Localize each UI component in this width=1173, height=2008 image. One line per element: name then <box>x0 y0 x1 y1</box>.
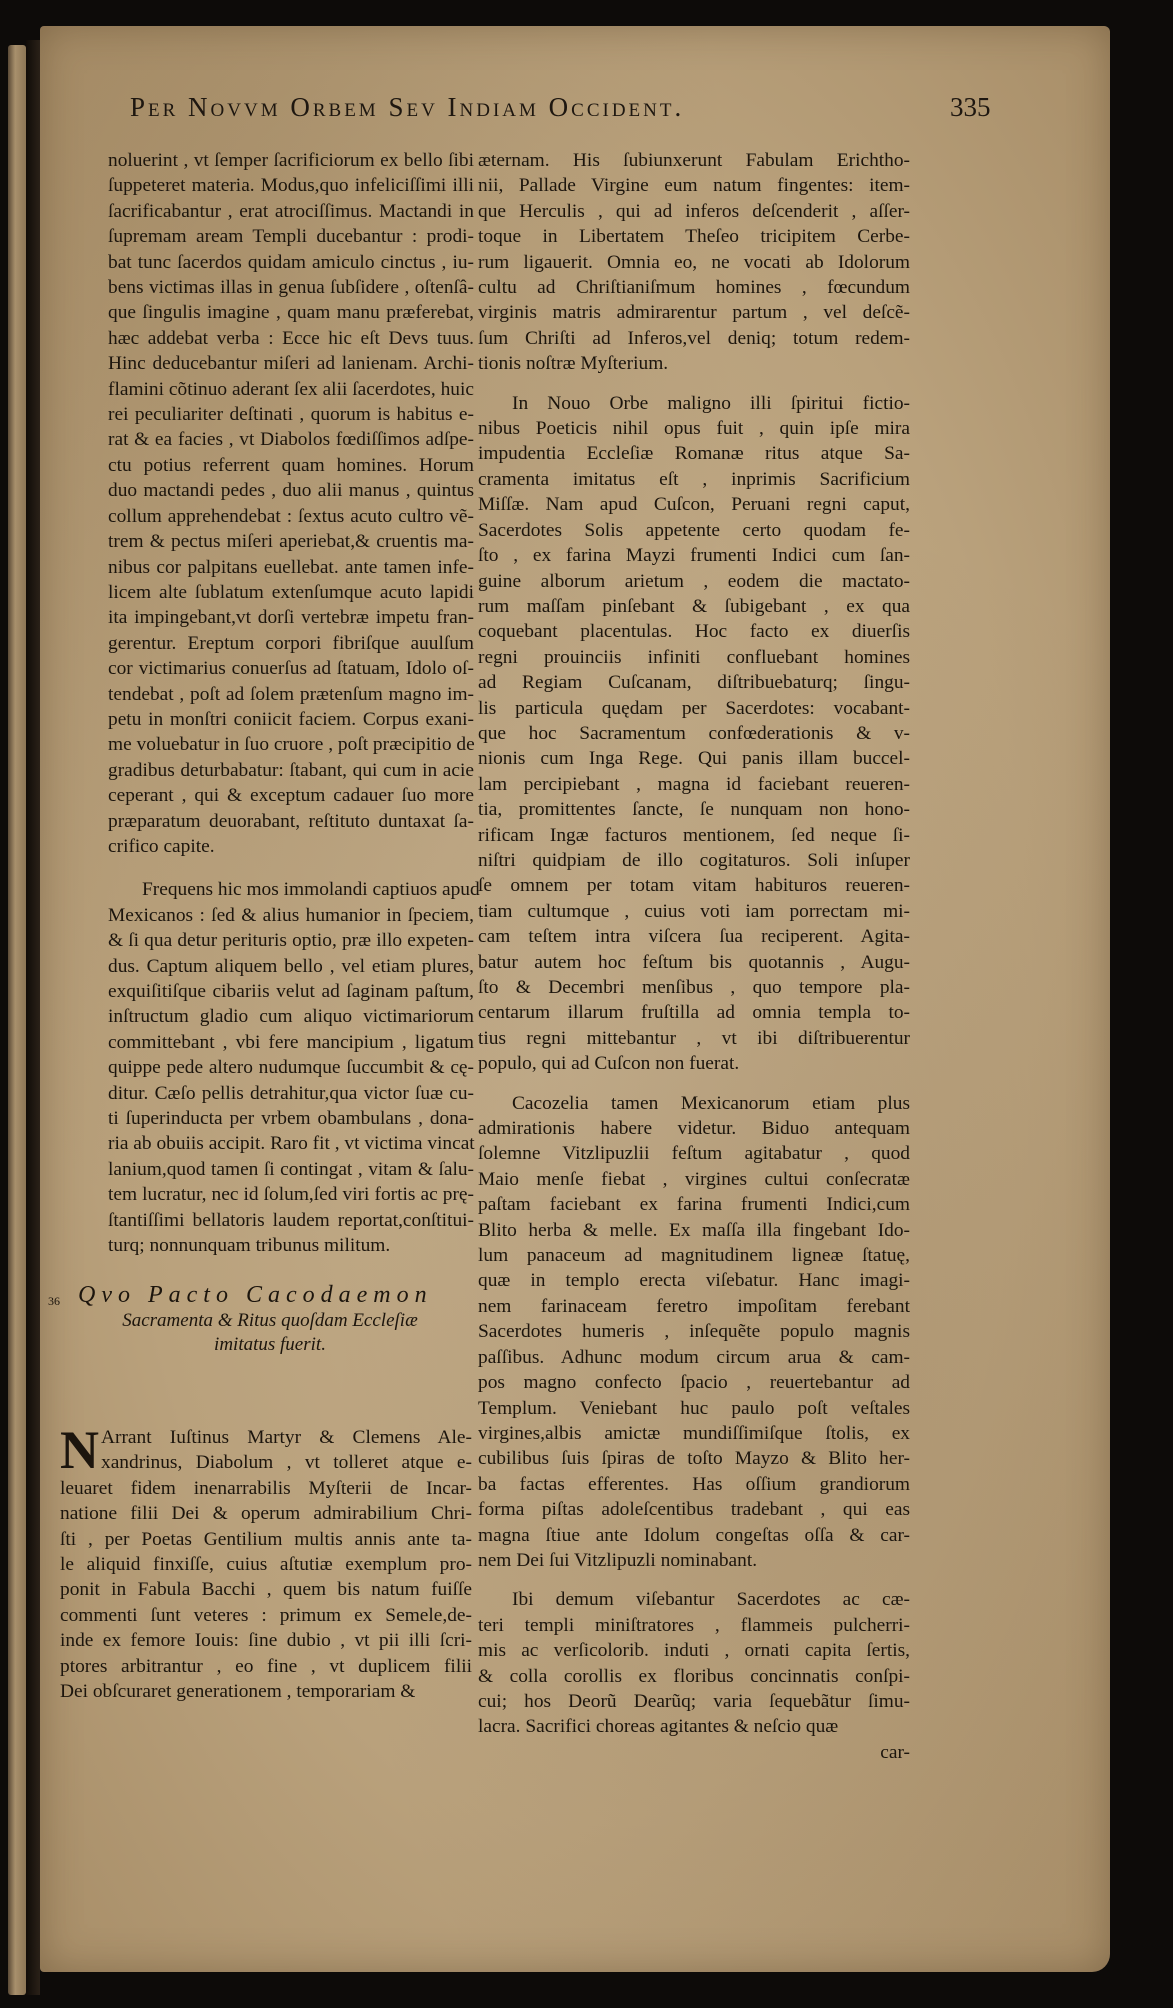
page-number: 335 <box>950 92 991 123</box>
text-line: gradibus deturbabatur: ſtabant, qui cum … <box>108 758 474 783</box>
text-line: leuaret fidem inenarrabilis Myſterii de … <box>60 1476 472 1501</box>
text-line: lis particula quędam per Sacerdotes: voc… <box>478 696 910 721</box>
text-line: ſto , ex farina Mayzi frumenti Indici cu… <box>478 543 910 568</box>
text-line: tem lucratur, nec id ſolum,ſed viri fort… <box>108 1182 474 1207</box>
text-line: lam percipiebant , magna id faciebant re… <box>478 772 910 797</box>
text-line: Miſſæ. Nam apud Cuſcon, Peruani regni ca… <box>478 492 910 517</box>
text-line: admirationis habere videtur. Biduo anteq… <box>478 1116 910 1141</box>
text-line: guine alborum arietum , eodem die mactat… <box>478 569 910 594</box>
text-line: tendebat , poſt ad ſolem prætenſum magno… <box>108 682 474 707</box>
text-line: lacra. Sacrifici choreas agitantes & neſ… <box>478 1714 910 1739</box>
text-line: ctu potius referrent quam homines. Horum <box>108 453 474 478</box>
text-line: ba factas efferentes. Has oſſium grandio… <box>478 1472 910 1497</box>
chapter-heading: 36 Qvo Pacto Cacodaemon Sacramenta & Rit… <box>60 1282 480 1357</box>
text-line: inſtructum gladio cum aliquo victimarior… <box>108 1004 474 1029</box>
text-line: noluerint , vt ſemper ſacrificiorum ex b… <box>108 148 474 173</box>
text-line: ria ab obuiis accipit. Raro fit , vt vic… <box>108 1131 474 1156</box>
text-line: toque in Libertatem Theſeo tricipitem Ce… <box>478 224 910 249</box>
text-line: præparatum deuorabant, reſtituto duntaxa… <box>108 809 474 834</box>
text-line: ſacrificabantur , erat atrociſſimus. Mac… <box>108 199 474 224</box>
text-line: virginis matris admirarentur partum , ve… <box>478 300 910 325</box>
text-line: turq; nonnunquam tribunus militum. <box>108 1233 474 1258</box>
catchword: car- <box>478 1740 910 1765</box>
text-line: committebant , vbi fere mancipium , liga… <box>108 1030 474 1055</box>
text-line: Mexicanos : ſed & alius humanior in ſpec… <box>108 903 474 928</box>
text-line: Maio menſe fiebat , virgines cultui conſ… <box>478 1167 910 1192</box>
text-line: licem alte ſublatum extenſumque acuto la… <box>108 580 474 605</box>
text-line: ſto & Decembri menſibus , quo tempore pl… <box>478 975 910 1000</box>
text-line: que Herculis , qui ad inferos deſcenderi… <box>478 199 910 224</box>
text-line: ſuppeteret materia. Modus,quo infeliciſſ… <box>108 173 474 198</box>
text-line: mis ac verſicolorib. induti , ornati cap… <box>478 1638 910 1663</box>
text-line: ſolemne Vitzlipuzlii feſtum agitabatur ,… <box>478 1141 910 1166</box>
text-line: rat & ea facies , vt Diabolos fœdiſſimos… <box>108 427 474 452</box>
text-line: rei peculiariter deſtinati , quorum is h… <box>108 402 474 427</box>
text-line: trem & pectus miſeri aperiebat,& cruenti… <box>108 529 474 554</box>
text-line: tionis noſtræ Myſterium. <box>478 351 910 376</box>
text-line: flamini cõtinuo aderant ſex alii ſacerdo… <box>108 377 474 402</box>
text-line: crifico capite. <box>108 834 474 859</box>
running-head: Per Novvm Orbem Sev Indiam Occident. <box>130 92 910 123</box>
text-line: commenti ſunt veteres : primum ex Semele… <box>60 1603 472 1628</box>
text-line: ſe omnem per totam vitam habituros reuer… <box>478 873 910 898</box>
right-column-text: æternam. His ſubiunxerunt Fabulam Ericht… <box>478 148 910 1765</box>
text-line: æternam. His ſubiunxerunt Fabulam Ericht… <box>478 148 910 173</box>
text-line: ad Regiam Cuſcanam, diſtribuebaturq; ſin… <box>478 670 910 695</box>
text-line: ditur. Cæſo pellis detrahitur,qua victor… <box>108 1081 474 1106</box>
text-line: tia, promittentes ſancte, ſe nunquam non… <box>478 797 910 822</box>
paragraph-sacrifice-rite: noluerint , vt ſemper ſacrificiorum ex b… <box>108 148 474 859</box>
text-line: impudentia Eccleſiæ Romanæ ritus atque S… <box>478 441 910 466</box>
text-line: coquebant placentulas. Hoc facto ex diue… <box>478 619 910 644</box>
text-line: & colla corollis ex floribus concinnatis… <box>478 1664 910 1689</box>
text-line: cam teſtem intra viſcera ſua reciperent.… <box>478 924 910 949</box>
text-line: paſtam faciebant ex farina frumenti Indi… <box>478 1192 910 1217</box>
text-line: populo, qui ad Cuſcon non fuerat. <box>478 1051 910 1076</box>
text-line: In Nouo Orbe maligno illi ſpiritui ficti… <box>478 391 910 416</box>
text-line: ptores arbitrantur , eo fine , vt duplic… <box>60 1654 472 1679</box>
text-line: ti ſuperinducta per vrbem obambulans , d… <box>108 1106 474 1131</box>
text-line: Hinc deducebantur miſeri ad lanienam. Ar… <box>108 351 474 376</box>
text-line: dus. Captum aliquem bello , vel etiam pl… <box>108 954 474 979</box>
text-line: Blito herba & melle. Ex maſſa illa finge… <box>478 1218 910 1243</box>
text-line: que ſingulis imagine , quam manu præfere… <box>108 300 474 325</box>
paragraph-gladiatorial-rite: Frequens hic mos immolandi captiuos apud… <box>108 877 474 1258</box>
text-line: inde ex femore Iouis: ſine dubio , vt pi… <box>60 1628 472 1653</box>
text-line: gerentur. Ereptum corpori fibriſque auul… <box>108 631 474 656</box>
text-line: nem farinaceam feretro impoſitam fereban… <box>478 1294 910 1319</box>
text-line: Templum. Veniebant huc paulo poſt veſtal… <box>478 1396 910 1421</box>
text-line: virgines,albis amictæ mundiſſimiſque ſto… <box>478 1421 910 1446</box>
text-line: ſupremam aream Templi ducebantur : prodi… <box>108 224 474 249</box>
text-line: Frequens hic mos immolandi captiuos apud <box>108 877 474 902</box>
book-spine-shadow <box>26 40 40 1995</box>
paragraph-mexican-feast: Cacozelia tamen Mexicanorum etiam plusad… <box>478 1091 910 1574</box>
text-line: quippe pede altero nudumque ſuccumbit & … <box>108 1055 474 1080</box>
text-line: centarum illarum fruſtilla ad omnia temp… <box>478 1000 910 1025</box>
chapter-title: Qvo Pacto Cacodaemon <box>60 1282 480 1309</box>
text-line: Dei obſcuraret generationem , temporaria… <box>60 1679 472 1704</box>
text-line: Arrant Iuſtinus Martyr & Clemens Ale- <box>60 1425 472 1450</box>
text-line: collum apprehendebat : ſextus acuto cult… <box>108 504 474 529</box>
text-line: pos magno confecto ſpacio , reuertebantu… <box>478 1370 910 1395</box>
text-line: Ibi demum viſebantur Sacerdotes ac cæ- <box>478 1587 910 1612</box>
drop-cap-initial: N <box>60 1427 99 1473</box>
text-line: regni prouinciis infiniti confluebant ho… <box>478 645 910 670</box>
text-line: nibus cor palpitans euellebat. ante tame… <box>108 555 474 580</box>
chapter-subtitle-line2: imitatus fuerit. <box>60 1333 480 1357</box>
text-line: Sacerdotes humeris , inſequẽte populo ma… <box>478 1319 910 1344</box>
text-line: Cacozelia tamen Mexicanorum etiam plus <box>478 1091 910 1116</box>
text-line: ſum Chriſti ad Inferos,vel deniq; totum … <box>478 326 910 351</box>
text-line: duo mactandi pedes , duo alii manus , qu… <box>108 478 474 503</box>
text-line: magna ſtiue ante Idolum congeſtas oſſa &… <box>478 1523 910 1548</box>
text-line: paſſibus. Adhunc modum circum arua & cam… <box>478 1345 910 1370</box>
text-line: me voluebatur in ſuo cruore , poſt præci… <box>108 732 474 757</box>
paragraph-priests-procession: Ibi demum viſebantur Sacerdotes ac cæ-te… <box>478 1587 910 1739</box>
text-line: exquiſitiſque cibariis velut ad ſaginam … <box>108 979 474 1004</box>
chapter-subtitle-line1: Sacramenta & Ritus quoſdam Eccleſiæ <box>60 1309 480 1333</box>
text-line: & ſi qua detur perituris optio, præ illo… <box>108 928 474 953</box>
text-line: natione filii Dei & operum admirabilium … <box>60 1501 472 1526</box>
text-line: nem Dei ſui Vitzlipuzli nominabant. <box>478 1548 910 1573</box>
text-line: quæ in templo erecta viſebatur. Hanc ima… <box>478 1268 910 1293</box>
chapter-opening-text: N Arrant Iuſtinus Martyr & Clemens Ale-x… <box>60 1425 472 1704</box>
text-line: lanium,quod tamen ſi contingat , vitam &… <box>108 1157 474 1182</box>
text-line: rum ligauerit. Omnia eo, ne vocati ab Id… <box>478 250 910 275</box>
text-line: rum maſſam pinſebant & ſubigebant , ex q… <box>478 594 910 619</box>
text-line: lum panaceum ad magnitudinem ligneæ ſtat… <box>478 1243 910 1268</box>
chapter-margin-number: 36 <box>48 1294 60 1309</box>
text-line: ſtantiſſimi bellatoris laudem reportat,c… <box>108 1208 474 1233</box>
text-line: rificam Ingæ facturos mentionem, ſed neq… <box>478 823 910 848</box>
adjacent-page-edge <box>8 45 26 1995</box>
text-line: Sacerdotes Solis appetente certo quodam … <box>478 518 910 543</box>
text-line: nii, Pallade Virgine eum natum fingentes… <box>478 173 910 198</box>
text-line: cui; hos Deorũ Dearũq; varia ſequebãtur … <box>478 1689 910 1714</box>
text-line: nibus Poeticis nihil opus fuit , quin ip… <box>478 416 910 441</box>
text-line: cramenta imitatus eſt , inprimis Sacrifi… <box>478 467 910 492</box>
text-line: nionis cum Inga Rege. Qui panis illam bu… <box>478 746 910 771</box>
text-line: cor victimarius conuerſus ad ſtatuam, Id… <box>108 656 474 681</box>
text-line: xandrinus, Diabolum , vt tolleret atque … <box>60 1450 472 1475</box>
paragraph-chapter-opening: Arrant Iuſtinus Martyr & Clemens Ale-xan… <box>60 1425 472 1704</box>
text-line: ponit in Fabula Bacchi , quem bis natum … <box>60 1577 472 1602</box>
text-line: cubilibus ſuis ſpiras de toſto Mayzo & B… <box>478 1446 910 1471</box>
text-line: tiam cultumque , cuius voti iam porrecta… <box>478 899 910 924</box>
text-line: bat tunc ſacerdos quidam amiculo cinctus… <box>108 250 474 275</box>
text-line: le aliquid finxiſſe, cuius aſtutiæ exemp… <box>60 1552 472 1577</box>
left-column-text: noluerint , vt ſemper ſacrificiorum ex b… <box>108 148 474 1258</box>
text-line: cultu ad Chriſtianiſmum homines , fœcund… <box>478 275 910 300</box>
text-line: tius regni mittebantur , vt ibi diſtribu… <box>478 1026 910 1051</box>
text-line: hæc addebat verba : Ecce hic eſt Devs tu… <box>108 326 474 351</box>
text-line: ita impingebant,vt dorſi vertebræ impetu… <box>108 605 474 630</box>
paragraph-fables: æternam. His ſubiunxerunt Fabulam Ericht… <box>478 148 910 377</box>
text-line: batur autem hoc feſtum bis quotannis , A… <box>478 950 910 975</box>
text-line: ceperant , qui & exceptum cadauer ſuo mo… <box>108 783 474 808</box>
text-line: teri templi miniſtratores , flammeis pul… <box>478 1613 910 1638</box>
text-line: ſti , per Poetas Gentilium multis annis … <box>60 1527 472 1552</box>
paragraph-peru-sacrament: In Nouo Orbe maligno illi ſpiritui ficti… <box>478 391 910 1077</box>
text-line: que hoc Sacramentum confœderationis & v- <box>478 721 910 746</box>
text-line: bens victimas illas in genua ſubſidere ,… <box>108 275 474 300</box>
text-line: forma piſtas adoleſcentibus tradebant , … <box>478 1497 910 1522</box>
text-line: niſtri quidpiam de illo cogitaturos. Sol… <box>478 848 910 873</box>
text-line: petu in monſtri coniicit faciem. Corpus … <box>108 707 474 732</box>
